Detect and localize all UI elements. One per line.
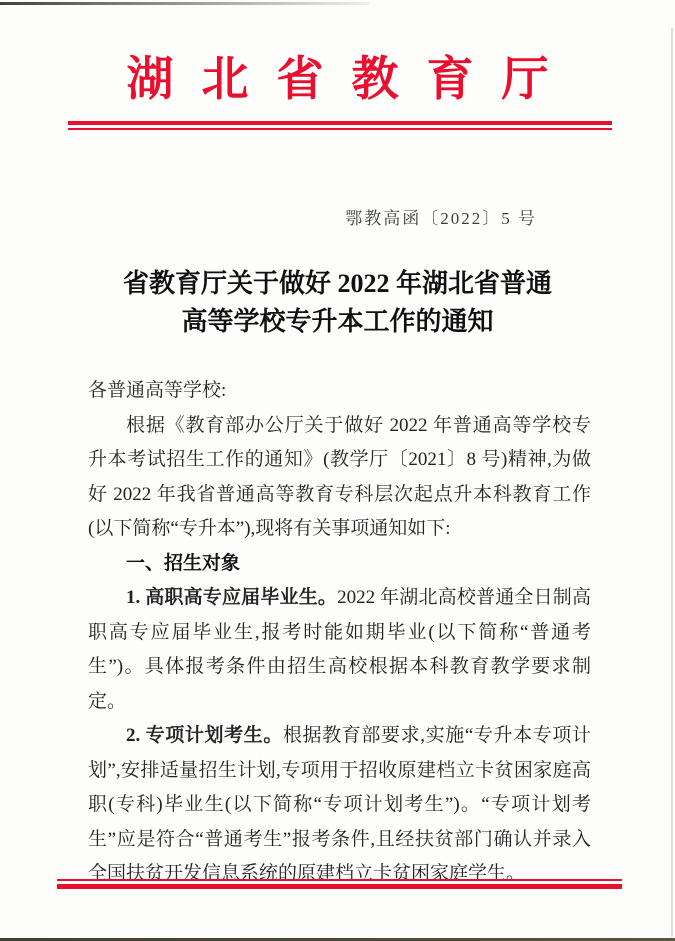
footer-thick-rule	[57, 884, 622, 889]
divider-thin-rule	[68, 128, 612, 130]
document-body: 各普通高等学校: 根据《教育部办公厅关于做好 2022 年普通高等学校专升本考试…	[88, 374, 591, 892]
document-title-line-2: 高等学校专升本工作的通知	[0, 303, 675, 341]
document-number: 鄂教高函〔2022〕5 号	[0, 204, 675, 229]
section-heading-enrollment-targets: 一、招生对象	[88, 547, 591, 582]
item-2-text: 根据教育部要求,实施“专升本专项计划”,安排适量招生计划,专项用于招收原建档立卡…	[88, 725, 591, 884]
document-title: 省教育厅关于做好 2022 年湖北省普通 高等学校专升本工作的通知	[0, 265, 675, 341]
footer-divider	[57, 879, 622, 889]
letterhead-divider	[68, 121, 612, 130]
document-page: 湖北省教育厅 鄂教高函〔2022〕5 号 省教育厅关于做好 2022 年湖北省普…	[0, 0, 675, 941]
document-title-line-1: 省教育厅关于做好 2022 年湖北省普通	[0, 265, 675, 303]
item-paragraph-1: 1. 高职高专应届毕业生。2022 年湖北高校普通全日制高职高专应届毕业生,报考…	[88, 581, 591, 719]
intro-paragraph: 根据《教育部办公厅关于做好 2022 年普通高等学校专升本考试招生工作的通知》(…	[88, 409, 591, 547]
item-paragraph-2: 2. 专项计划考生。根据教育部要求,实施“专升本专项计划”,安排适量招生计划,专…	[88, 719, 591, 892]
salutation: 各普通高等学校:	[88, 374, 591, 409]
item-1-lead: 1. 高职高专应届毕业生。	[126, 587, 337, 608]
item-2-lead: 2. 专项计划考生。	[126, 725, 283, 746]
agency-name: 湖北省教育厅	[0, 50, 675, 110]
scan-edge-artifact-top	[0, 2, 370, 5]
scan-edge-artifact-right	[671, 28, 673, 937]
letterhead: 湖北省教育厅	[0, 50, 675, 130]
